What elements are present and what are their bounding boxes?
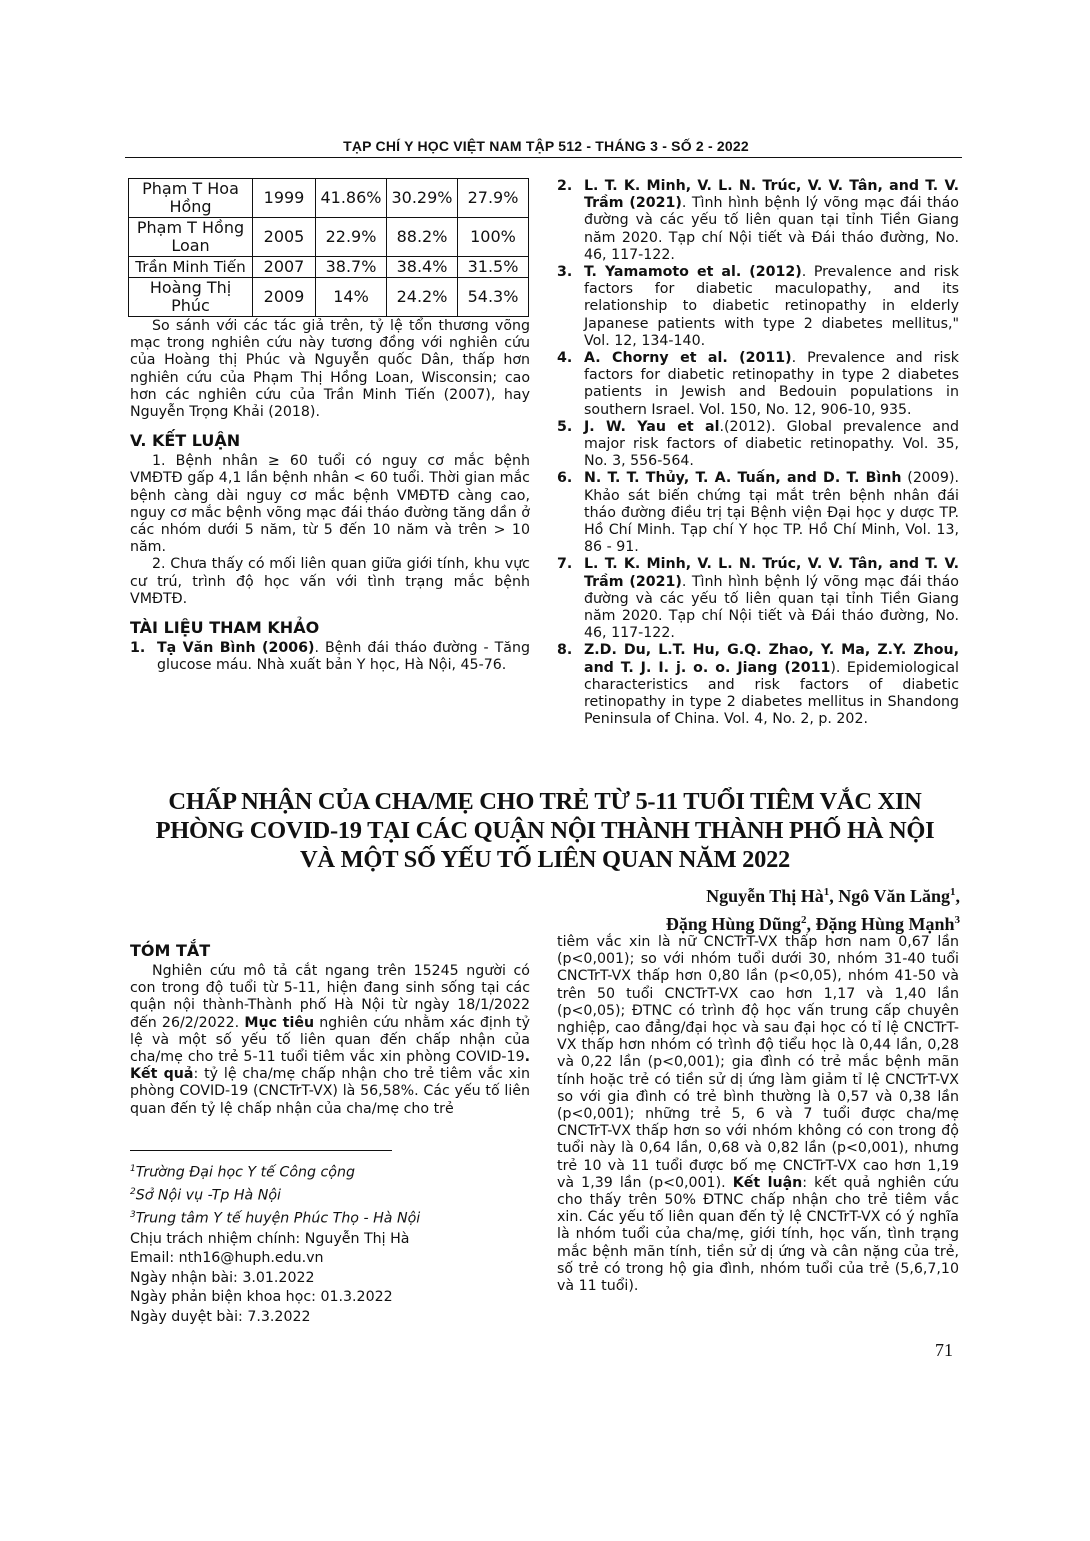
reference-authors: Tạ Văn Bình (2006) <box>157 640 314 656</box>
table-cell-value: 14% <box>316 278 387 317</box>
reference-authors: T. Yamamoto et al. (2012) <box>584 264 802 280</box>
table-cell-year: 2005 <box>253 218 316 257</box>
author-name: Đặng Hùng Mạnh <box>815 914 954 934</box>
reference-item: 5. J. W. Yau et al.(2012). Global preval… <box>557 419 959 471</box>
right-column-top: 2. L. T. K. Minh, V. L. N. Trúc, V. V. T… <box>557 178 959 729</box>
table-row: Hoàng Thị Phúc 2009 14% 24.2% 54.3% <box>129 278 529 317</box>
reference-number: 2. <box>557 178 572 195</box>
reference-number: 7. <box>557 556 572 573</box>
header-rule <box>125 157 962 158</box>
reference-number: 6. <box>557 470 572 487</box>
author-list: Nguyễn Thị Hà1, Ngô Văn Lăng1, Đặng Hùng… <box>540 880 960 936</box>
abstract-text: : kết quả nghiên cứu cho thấy trên 50% Đ… <box>557 1175 959 1294</box>
title-line: CHẤP NHẬN CỦA CHA/MẸ CHO TRẺ TỪ 5-11 TUỔ… <box>130 787 960 816</box>
accepted-date: Ngày duyệt bài: 7.3.2022 <box>130 1308 530 1328</box>
page-number: 71 <box>935 1340 953 1361</box>
author-name: Ngô Văn Lăng <box>838 886 950 906</box>
reference-authors: A. Chorny et al. (2011) <box>584 350 792 366</box>
table-cell-value: 27.9% <box>458 179 529 218</box>
author-separator: , <box>956 886 961 906</box>
reference-item: 1. Tạ Văn Bình (2006). Bệnh đái tháo đườ… <box>130 640 530 674</box>
left-column-top: Phạm T Hoa Hồng 1999 41.86% 30.29% 27.9%… <box>130 178 530 674</box>
footnote-rule <box>130 1150 392 1151</box>
abstract-text: tiêm vắc xin là nữ CNCTrT-VX thấp hơn na… <box>557 934 959 1191</box>
conclusion-heading: V. KẾT LUẬN <box>130 432 530 450</box>
table-cell-value: 31.5% <box>458 257 529 278</box>
table-cell-value: 54.3% <box>458 278 529 317</box>
reference-number: 1. <box>130 640 145 657</box>
reference-item: 7. L. T. K. Minh, V. L. N. Trúc, V. V. T… <box>557 556 959 642</box>
article-title: CHẤP NHẬN CỦA CHA/MẸ CHO TRẺ TỪ 5-11 TUỔ… <box>130 787 960 874</box>
table-cell-value: 100% <box>458 218 529 257</box>
author-affiliation-marker: 3 <box>955 914 961 926</box>
conclusion-point-1: 1. Bệnh nhân ≥ 60 tuổi có nguy cơ mắc bệ… <box>130 453 530 556</box>
title-line: PHÒNG COVID-19 TẠI CÁC QUẬN NỘI THÀNH TH… <box>130 816 960 845</box>
abstract-paragraph-continued: tiêm vắc xin là nữ CNCTrT-VX thấp hơn na… <box>557 934 959 1295</box>
affiliation: 1Trường Đại học Y tế Công cộng <box>130 1160 530 1183</box>
abstract-left-column: TÓM TẮT Nghiên cứu mô tả cắt ngang trên … <box>130 942 530 1118</box>
reference-item: 3. T. Yamamoto et al. (2012). Prevalence… <box>557 264 959 350</box>
review-date: Ngày phản biện khoa học: 01.3.2022 <box>130 1288 530 1308</box>
table-cell-author: Phạm T Hồng Loan <box>129 218 253 257</box>
table-cell-value: 30.29% <box>387 179 458 218</box>
reference-item: 4. A. Chorny et al. (2011). Prevalence a… <box>557 350 959 419</box>
table-cell-value: 22.9% <box>316 218 387 257</box>
table-cell-value: 88.2% <box>387 218 458 257</box>
affiliation-text: Sở Nội vụ -Tp Hà Nội <box>136 1188 281 1204</box>
comparison-table: Phạm T Hoa Hồng 1999 41.86% 30.29% 27.9%… <box>128 178 529 317</box>
author-name: Nguyễn Thị Hà <box>706 886 824 906</box>
reference-authors: J. W. Yau et al <box>584 419 720 435</box>
affiliation: 2Sở Nội vụ -Tp Hà Nội <box>130 1183 530 1206</box>
footnotes: 1Trường Đại học Y tế Công cộng 2Sở Nội v… <box>130 1160 530 1327</box>
table-row: Phạm T Hoa Hồng 1999 41.86% 30.29% 27.9% <box>129 179 529 218</box>
table-cell-author: Hoàng Thị Phúc <box>129 278 253 317</box>
abstract-paragraph: Nghiên cứu mô tả cắt ngang trên 15245 ng… <box>130 963 530 1118</box>
table-row: Trần Minh Tiến 2007 38.7% 38.4% 31.5% <box>129 257 529 278</box>
abstract-label-objective: Mục tiêu <box>244 1015 314 1031</box>
reference-item: 8. Z.D. Du, L.T. Hu, G.Q. Zhao, Y. Ma, Z… <box>557 642 959 728</box>
email: Email: nth16@huph.edu.vn <box>130 1249 530 1269</box>
table-cell-value: 38.4% <box>387 257 458 278</box>
abstract-label-conclusion: Kết luận <box>733 1175 803 1191</box>
abstract-right-column: tiêm vắc xin là nữ CNCTrT-VX thấp hơn na… <box>557 934 959 1295</box>
table-cell-author: Trần Minh Tiến <box>129 257 253 278</box>
reference-number: 4. <box>557 350 572 367</box>
comparison-paragraph: So sánh với các tác giả trên, tỷ lệ tổn … <box>130 318 530 421</box>
table-cell-value: 38.7% <box>316 257 387 278</box>
author-name: Đặng Hùng Dũng <box>666 914 801 934</box>
references-heading: TÀI LIỆU THAM KHẢO <box>130 619 530 637</box>
author-separator: , <box>829 886 838 906</box>
received-date: Ngày nhận bài: 3.01.2022 <box>130 1269 530 1289</box>
abstract-heading: TÓM TẮT <box>130 942 530 960</box>
table-cell-year: 1999 <box>253 179 316 218</box>
table-cell-year: 2009 <box>253 278 316 317</box>
title-line: VÀ MỘT SỐ YẾU TỐ LIÊN QUAN NĂM 2022 <box>130 845 960 874</box>
corresponding-author: Chịu trách nhiệm chính: Nguyễn Thị Hà <box>130 1230 530 1250</box>
table-row: Phạm T Hồng Loan 2005 22.9% 88.2% 100% <box>129 218 529 257</box>
running-header: TẠP CHÍ Y HỌC VIỆT NAM TẬP 512 - THÁNG 3… <box>130 138 962 154</box>
reference-number: 3. <box>557 264 572 281</box>
conclusion-point-2: 2. Chưa thấy có mối liên quan giữa giới … <box>130 556 530 608</box>
table-cell-value: 41.86% <box>316 179 387 218</box>
table-cell-value: 24.2% <box>387 278 458 317</box>
reference-authors: N. T. T. Thủy, T. A. Tuấn, and D. T. Bìn… <box>584 470 902 486</box>
table-cell-author: Phạm T Hoa Hồng <box>129 179 253 218</box>
reference-number: 8. <box>557 642 572 659</box>
reference-item: 2. L. T. K. Minh, V. L. N. Trúc, V. V. T… <box>557 178 959 264</box>
journal-page: TẠP CHÍ Y HỌC VIỆT NAM TẬP 512 - THÁNG 3… <box>0 0 1090 1541</box>
reference-item: 6. N. T. T. Thủy, T. A. Tuấn, and D. T. … <box>557 470 959 556</box>
table-cell-year: 2007 <box>253 257 316 278</box>
reference-number: 5. <box>557 419 572 436</box>
affiliation-text: Trung tâm Y tế huyện Phúc Thọ - Hà Nội <box>136 1211 421 1227</box>
affiliation: 3Trung tâm Y tế huyện Phúc Thọ - Hà Nội <box>130 1206 530 1229</box>
affiliation-text: Trường Đại học Y tế Công cộng <box>136 1165 355 1181</box>
